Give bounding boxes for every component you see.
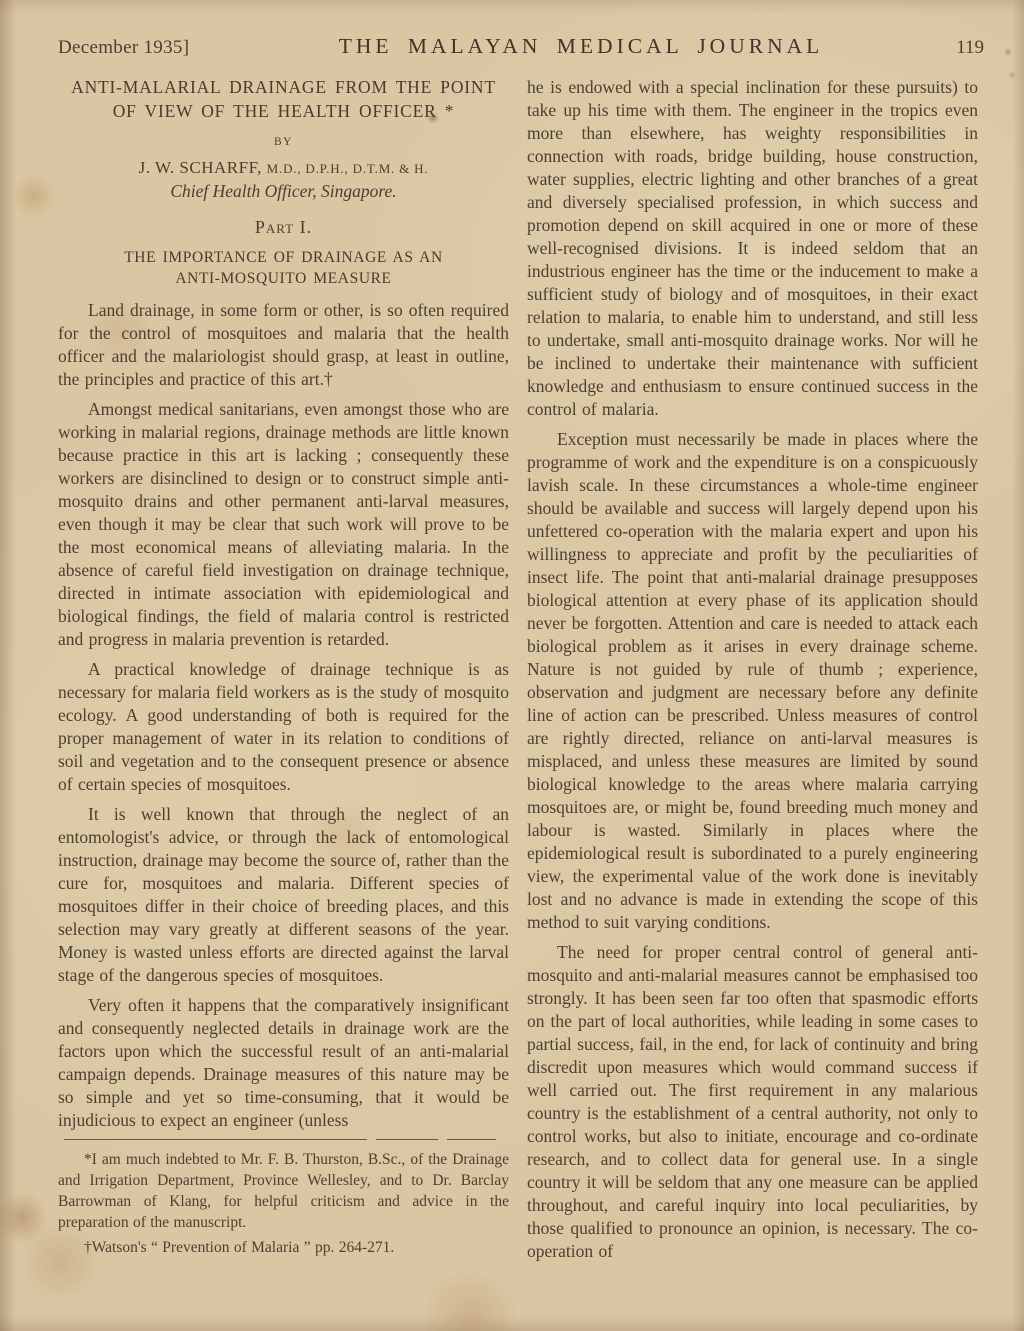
right-column: he is endowed with a special inclination…	[527, 73, 978, 1249]
article-title: ANTI-MALARIAL DRAINAGE FROM THE POINT OF…	[58, 75, 509, 123]
author-name: J. W. SCHARFF,	[139, 158, 262, 177]
footnote-divider	[64, 1139, 509, 1140]
running-head: December 1935] THE MALAYAN MEDICAL JOURN…	[0, 0, 1024, 59]
author-degrees: M.D., D.P.H., D.T.M. & H.	[267, 161, 429, 176]
author-affiliation: Chief Health Officer, Singapore.	[58, 181, 509, 202]
paragraph: Very often it happens that the comparati…	[58, 994, 509, 1132]
paragraph: Land drainage, in some form or other, is…	[58, 299, 509, 391]
section-heading-line2: ANTI-MOSQUITO MEASURE	[58, 268, 509, 289]
paragraph: A practical knowledge of drainage techni…	[58, 658, 509, 796]
paragraph: he is endowed with a special inclination…	[527, 76, 978, 421]
left-column: ANTI-MALARIAL DRAINAGE FROM THE POINT OF…	[58, 73, 509, 1249]
journal-title: THE MALAYAN MEDICAL JOURNAL	[248, 34, 914, 59]
article-title-line2: OF VIEW OF THE HEALTH OFFICER *	[58, 99, 509, 123]
section-heading: THE IMPORTANCE OF DRAINAGE AS AN ANTI-MO…	[58, 247, 509, 289]
section-heading-line1: THE IMPORTANCE OF DRAINAGE AS AN	[58, 247, 509, 268]
paragraph: The need for proper central control of g…	[527, 941, 978, 1263]
footnote-block: *I am much indebted to Mr. F. B. Thursto…	[58, 1139, 509, 1266]
footnote-acknowledgement: *I am much indebted to Mr. F. B. Thursto…	[58, 1149, 509, 1233]
article-title-line1: ANTI-MALARIAL DRAINAGE FROM THE POINT	[58, 75, 509, 99]
paragraph: Exception must necessarily be made in pl…	[527, 428, 978, 934]
journal-page: December 1935] THE MALAYAN MEDICAL JOURN…	[0, 0, 1024, 1331]
part-heading: Part I.	[58, 217, 509, 238]
divider-segment	[376, 1139, 438, 1140]
paragraph: It is well known that through the neglec…	[58, 803, 509, 987]
issue-date: December 1935]	[58, 37, 248, 59]
divider-segment	[64, 1139, 367, 1140]
paragraph: Amongst medical sanitarians, even amongs…	[58, 398, 509, 651]
page-number: 119	[914, 37, 984, 59]
author-line: J. W. SCHARFF, M.D., D.P.H., D.T.M. & H.	[58, 158, 509, 178]
byline-label: BY	[58, 136, 509, 148]
article-body: ANTI-MALARIAL DRAINAGE FROM THE POINT OF…	[0, 59, 1024, 1249]
footnote-reference: †Watson's “ Prevention of Malaria ” pp. …	[58, 1237, 509, 1258]
divider-segment	[447, 1139, 496, 1140]
